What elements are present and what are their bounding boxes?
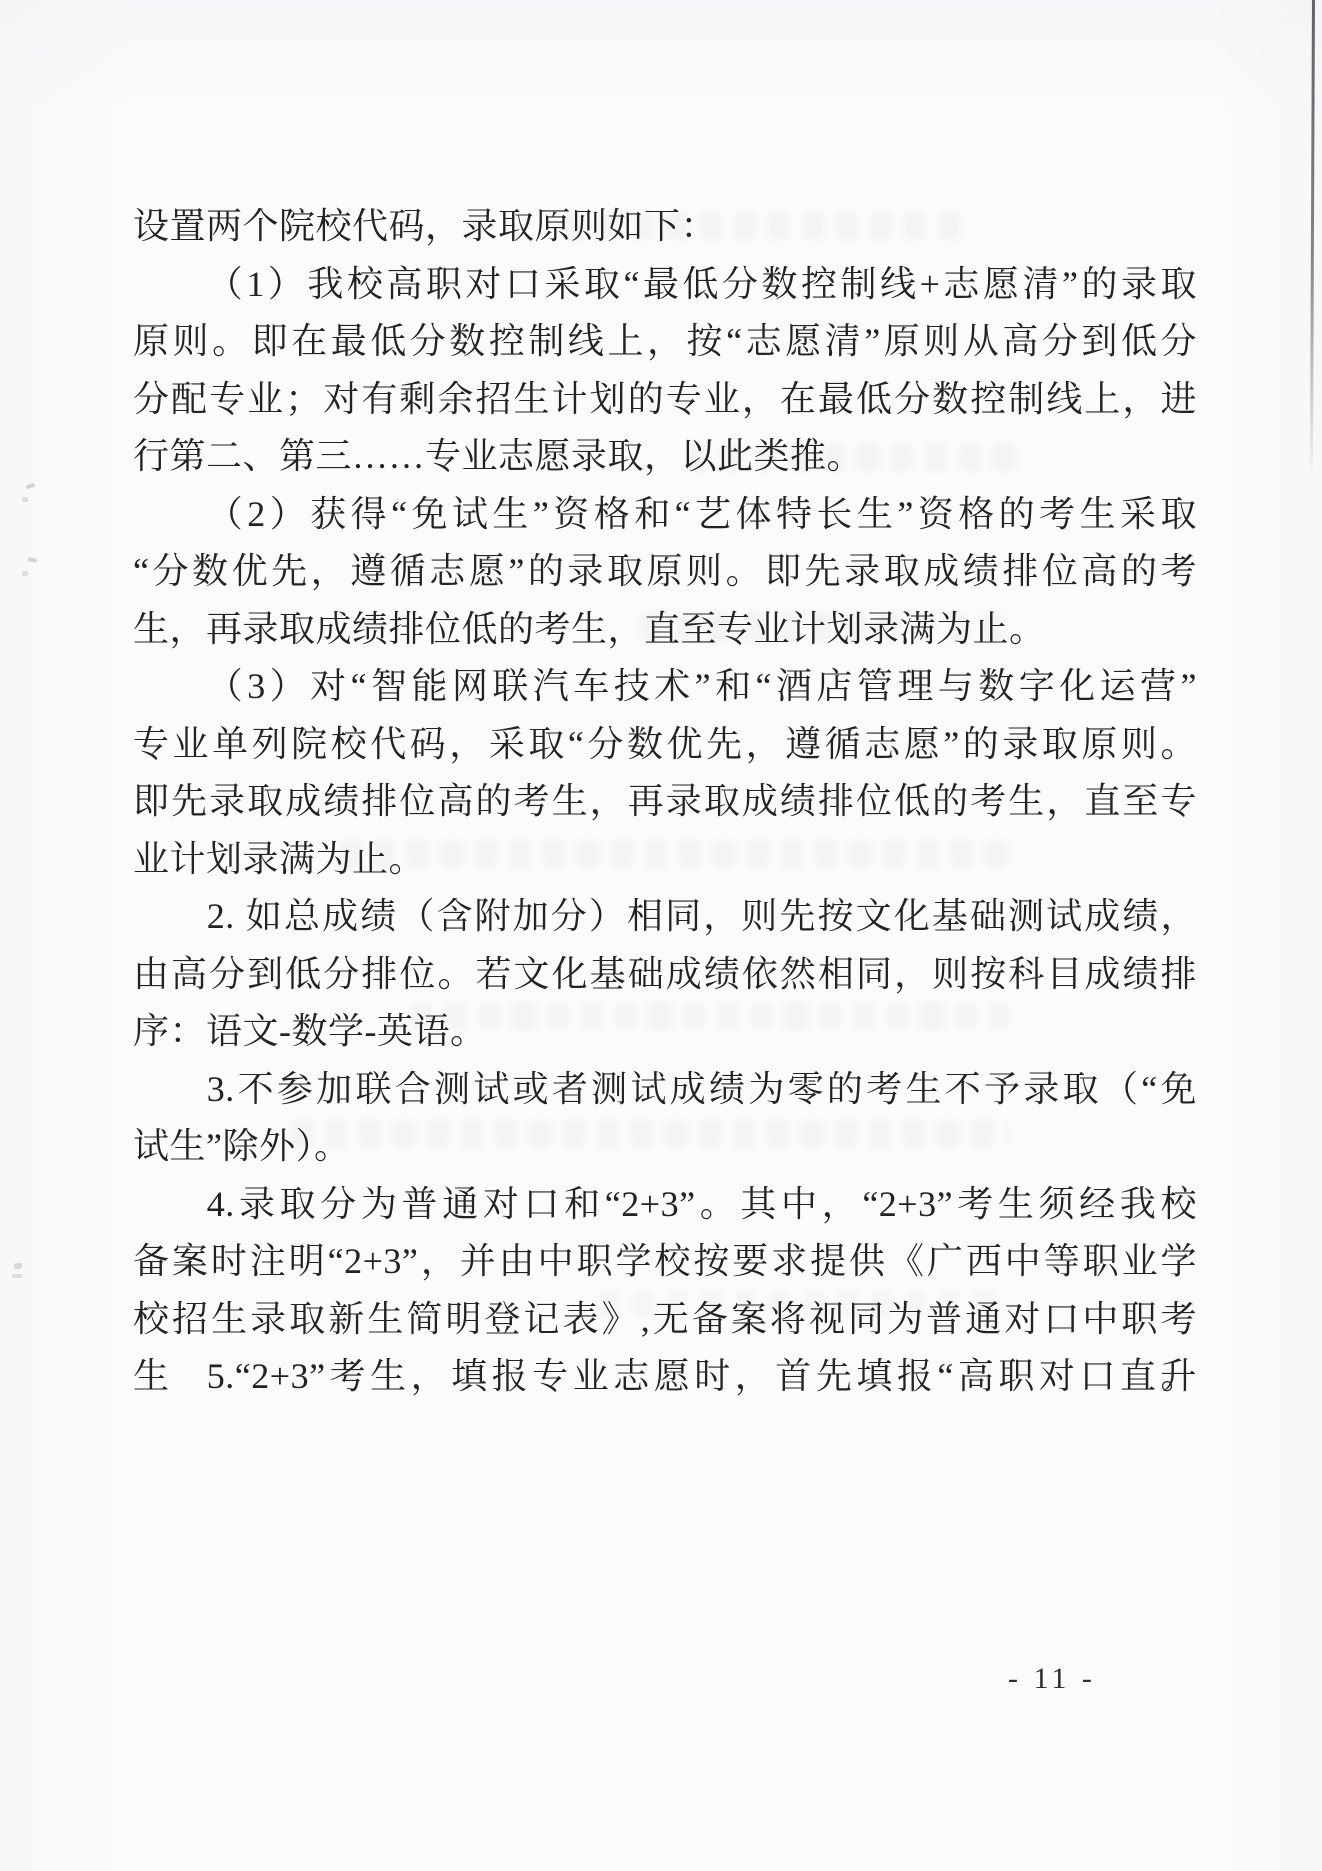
document-body: 设置两个院校代码，录取原则如下： （1）我校高职对口采取“最低分数控制线+志愿清… bbox=[133, 198, 1197, 1406]
text-line: 生，再录取成绩排位低的考生，直至专业计划录满为止。 bbox=[133, 601, 1197, 659]
margin-speck bbox=[22, 497, 28, 502]
text-line: 原则。即在最低分数控制线上，按“志愿清”原则从高分到低分 bbox=[133, 313, 1197, 371]
text-line: 2. 如总成绩（含附加分）相同，则先按文化基础测试成绩， bbox=[133, 888, 1197, 946]
text-line: 校招生录取新生简明登记表》,无备案将视同为普通对口中职考生。 bbox=[133, 1291, 1197, 1349]
margin-speck bbox=[14, 1262, 23, 1269]
text-line: 分配专业；对有剩余招生计划的专业，在最低分数控制线上，进 bbox=[133, 371, 1197, 429]
text-line: 即先录取成绩排位高的考生，再录取成绩排位低的考生，直至专 bbox=[133, 773, 1197, 831]
margin-speck bbox=[12, 1274, 22, 1278]
text-line: 试生”除外）。 bbox=[133, 1118, 1197, 1176]
text-line: 3.不参加联合测试或者测试成绩为零的考生不予录取（“免 bbox=[133, 1061, 1197, 1119]
text-line: （1）我校高职对口采取“最低分数控制线+志愿清”的录取 bbox=[133, 256, 1197, 314]
text-line: （2）获得“免试生”资格和“艺体特长生”资格的考生采取 bbox=[133, 486, 1197, 544]
text-line: （3）对“智能网联汽车技术”和“酒店管理与数字化运营” bbox=[133, 658, 1197, 716]
text-line: 行第二、第三……专业志愿录取，以此类推。 bbox=[133, 428, 1197, 486]
text-line: 设置两个院校代码，录取原则如下： bbox=[133, 198, 1197, 256]
text-line: 专业单列院校代码，采取“分数优先，遵循志愿”的录取原则。 bbox=[133, 716, 1197, 774]
page-number: - 11 - bbox=[1008, 1662, 1096, 1696]
margin-speck bbox=[22, 571, 28, 576]
text-line: 业计划录满为止。 bbox=[133, 831, 1197, 889]
text-line: “分数优先，遵循志愿”的录取原则。即先录取成绩排位高的考 bbox=[133, 543, 1197, 601]
margin-speck bbox=[28, 557, 38, 563]
scanned-document-page: 设置两个院校代码，录取原则如下： （1）我校高职对口采取“最低分数控制线+志愿清… bbox=[0, 0, 1322, 1871]
text-line: 序：语文-数学-英语。 bbox=[133, 1003, 1197, 1061]
text-line: 由高分到低分排位。若文化基础成绩依然相同，则按科目成绩排 bbox=[133, 946, 1197, 1004]
text-line: 5.“2+3”考生，填报专业志愿时，首先填报“高职对口直升 bbox=[133, 1348, 1197, 1406]
text-line: 4.录取分为普通对口和“2+3”。其中，“2+3”考生须经我校 bbox=[133, 1176, 1197, 1234]
margin-speck bbox=[26, 483, 36, 490]
text-line: 备案时注明“2+3”，并由中职学校按要求提供《广西中等职业学 bbox=[133, 1233, 1197, 1291]
scan-edge-artifact bbox=[1310, 0, 1315, 478]
